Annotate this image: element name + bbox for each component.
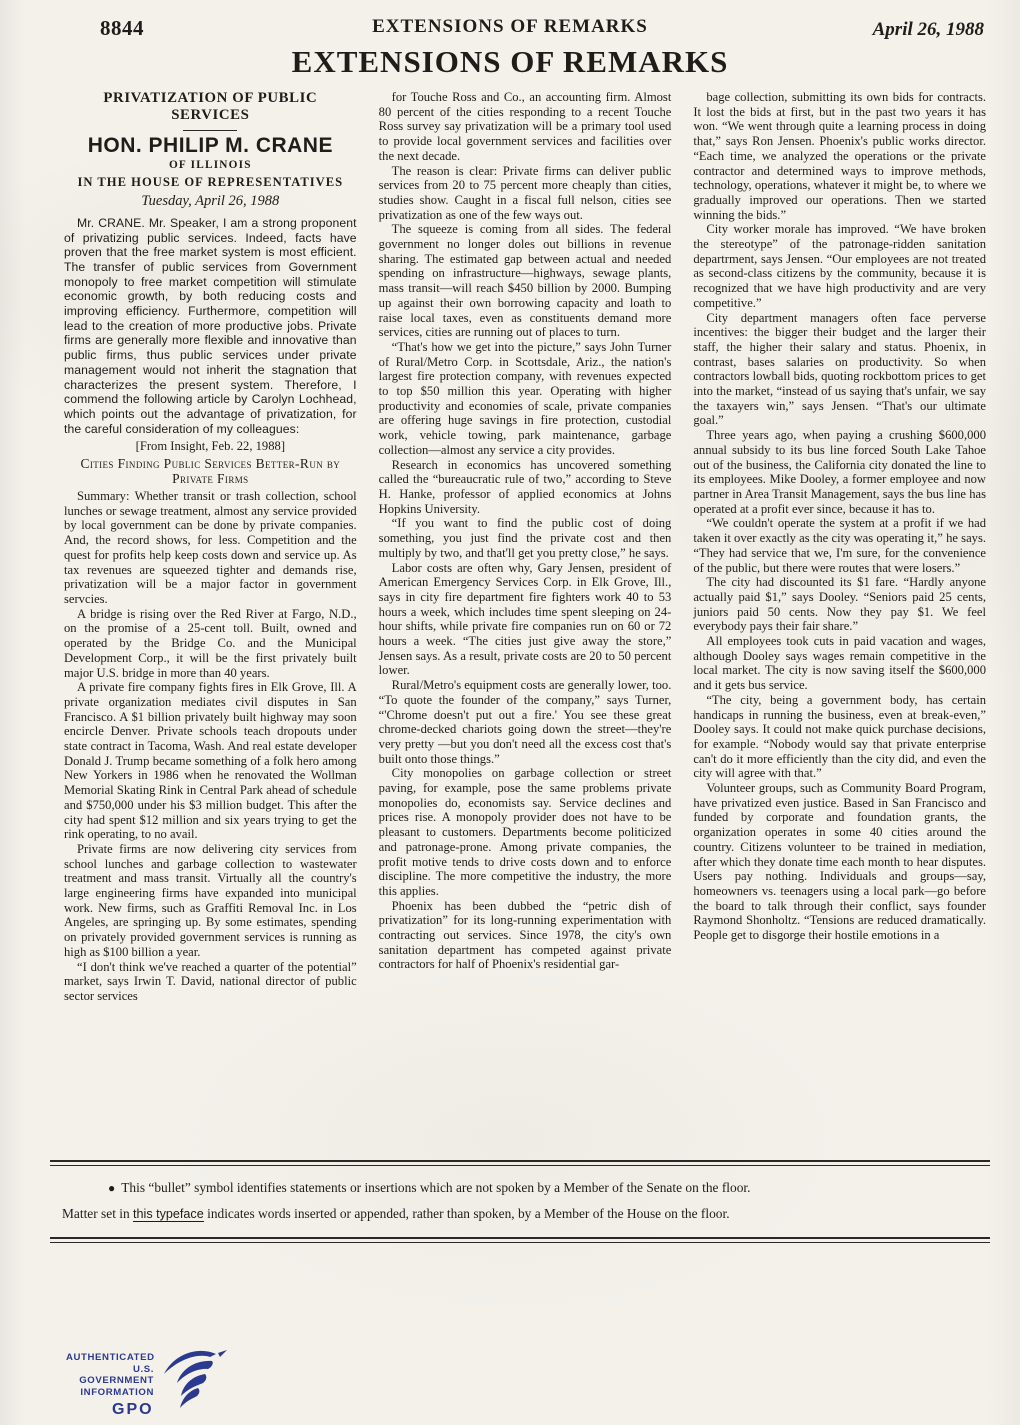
paragraph: Private firms are now delivering city se…	[64, 842, 357, 960]
gpo-line-information: INFORMATION	[66, 1387, 154, 1399]
column-3-text: bage collection, submitting its own bids…	[693, 90, 986, 943]
senate-bullet-note: ●This “bullet” symbol identifies stateme…	[62, 1175, 978, 1201]
house-note-suffix: indicates words inserted or appended, ra…	[204, 1206, 730, 1221]
gpo-line-us-government: U.S. GOVERNMENT	[66, 1364, 154, 1387]
paragraph: “That's how we get into the picture,” sa…	[379, 340, 672, 458]
column-2: for Touche Ross and Co., an accounting f…	[379, 90, 672, 1152]
section-title: EXTENSIONS OF REMARKS	[0, 44, 1020, 80]
paragraph: “I don't think we've reached a quarter o…	[64, 960, 357, 1004]
speaker-state: OF ILLINOIS	[64, 158, 357, 173]
paragraph: Summary: Whether transit or trash collec…	[64, 489, 357, 607]
gpo-eagle-icon	[152, 1344, 228, 1420]
column-3: bage collection, submitting its own bids…	[693, 90, 986, 1152]
paragraph: Three years ago, when paying a crushing …	[693, 428, 986, 516]
paragraph: City worker morale has improved. “We hav…	[693, 222, 986, 310]
paragraph: A bridge is rising over the Red River at…	[64, 607, 357, 681]
senate-note-text: This “bullet” symbol identifies statemen…	[121, 1180, 750, 1195]
paragraph: The city had discounted its $1 fare. “Ha…	[693, 575, 986, 634]
article-columns: PRIVATIZATION OF PUBLIC SERVICES HON. PH…	[64, 90, 986, 1152]
gpo-seal: AUTHENTICATED U.S. GOVERNMENT INFORMATIO…	[66, 1352, 196, 1419]
paragraph: bage collection, submitting its own bids…	[693, 90, 986, 222]
smallcaps-head: Cities Finding Public Services Better-Ru…	[64, 456, 357, 486]
chamber-line: IN THE HOUSE OF REPRESENTATIVES	[64, 175, 357, 190]
running-title: EXTENSIONS OF REMARKS	[100, 16, 920, 38]
paragraph: All employees took cuts in paid vacation…	[693, 634, 986, 693]
footer-notes: ●This “bullet” symbol identifies stateme…	[50, 1160, 990, 1243]
paragraph: The squeeze is coming from all sides. Th…	[379, 222, 672, 340]
divider-rule	[183, 130, 237, 131]
paragraph: Phoenix has been dubbed the “petric dish…	[379, 899, 672, 973]
congressional-record-page: { "header": { "page_number": "8844", "ru…	[0, 0, 1020, 1425]
article-title: PRIVATIZATION OF PUBLIC SERVICES	[64, 90, 357, 124]
paragraph: Labor costs are often why, Gary Jensen, …	[379, 561, 672, 679]
column-1-text: Mr. CRANE. Mr. Speaker, I am a strong pr…	[64, 216, 357, 1004]
paragraph: City monopolies on garbage collection or…	[379, 766, 672, 898]
gpo-seal-text: AUTHENTICATED U.S. GOVERNMENT INFORMATIO…	[66, 1352, 154, 1398]
paragraph: Rural/Metro's equipment costs are genera…	[379, 678, 672, 766]
paragraph: A private fire company fights fires in E…	[64, 680, 357, 842]
article-header: PRIVATIZATION OF PUBLIC SERVICES HON. PH…	[64, 90, 357, 209]
column-1: PRIVATIZATION OF PUBLIC SERVICES HON. PH…	[64, 90, 357, 1152]
paragraph: for Touche Ross and Co., an accounting f…	[379, 90, 672, 164]
column-2-text: for Touche Ross and Co., an accounting f…	[379, 90, 672, 972]
paragraph: Volunteer groups, such as Community Boar…	[693, 781, 986, 943]
running-head: 8844 EXTENSIONS OF REMARKS April 26, 198…	[100, 16, 984, 41]
paragraph: Mr. CRANE. Mr. Speaker, I am a strong pr…	[64, 216, 357, 437]
bullet-icon: ●	[108, 1181, 115, 1195]
house-note-typeface-sample: this typeface	[133, 1207, 204, 1222]
paragraph: Research in economics has uncovered some…	[379, 458, 672, 517]
center-note: [From Insight, Feb. 22, 1988]	[64, 439, 357, 454]
footer-notes-text: ●This “bullet” symbol identifies stateme…	[50, 1166, 990, 1237]
paragraph: “The city, being a government body, has …	[693, 693, 986, 781]
speech-date: Tuesday, April 26, 1988	[64, 194, 357, 209]
gpo-line-authenticated: AUTHENTICATED	[66, 1352, 154, 1364]
paragraph: “We couldn't operate the system at a pro…	[693, 516, 986, 575]
paragraph: “If you want to find the public cost of …	[379, 516, 672, 560]
paragraph: City department managers often face perv…	[693, 311, 986, 429]
house-typeface-note: Matter set in this typeface indicates wo…	[62, 1201, 978, 1227]
speaker-name: HON. PHILIP M. CRANE	[64, 139, 357, 154]
house-note-prefix: Matter set in	[62, 1206, 133, 1221]
paragraph: The reason is clear: Private firms can d…	[379, 164, 672, 223]
bottom-rule	[50, 1237, 990, 1243]
